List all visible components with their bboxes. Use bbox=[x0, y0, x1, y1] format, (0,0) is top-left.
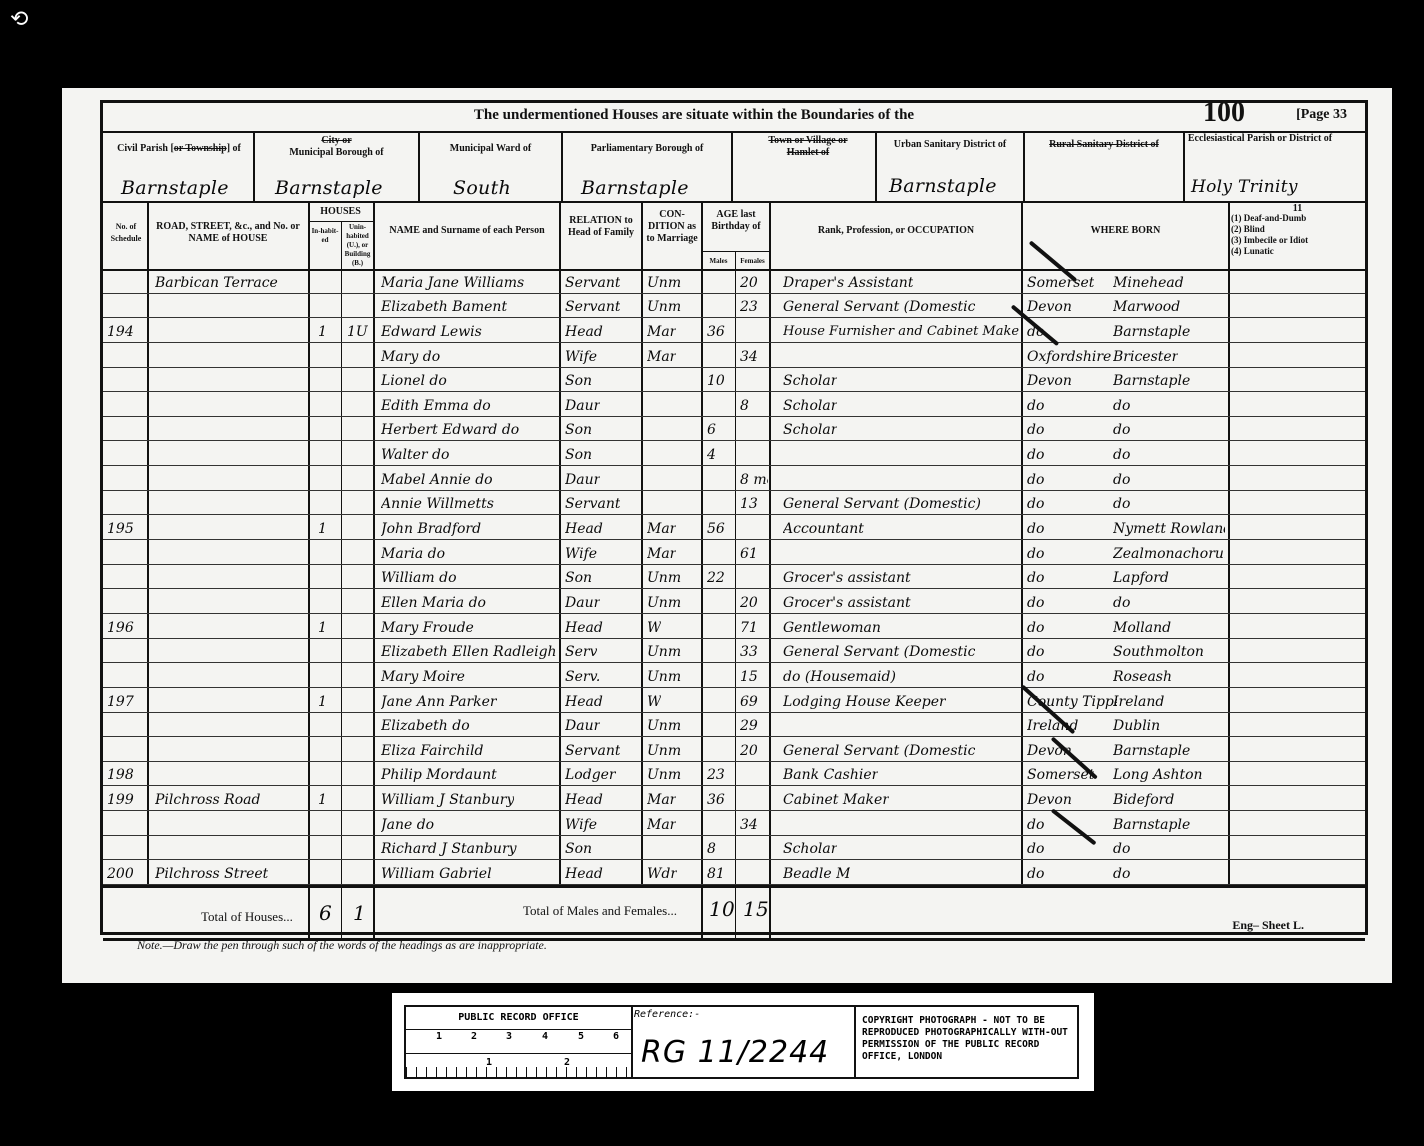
civil-parish-value: Barnstaple bbox=[121, 177, 229, 199]
cell-relation: Lodger bbox=[565, 767, 616, 783]
cell-born-place: do bbox=[1113, 496, 1130, 512]
scale-number: 3 bbox=[506, 1031, 512, 1042]
cell-occupation: Accountant bbox=[783, 521, 864, 537]
cell-born-county: do bbox=[1027, 398, 1044, 414]
cell-relation: Head bbox=[565, 620, 603, 636]
table-row: Mary doWifeMar34OxfordshireBricester bbox=[103, 343, 1365, 368]
cell-name: Mary Moire bbox=[381, 669, 465, 685]
census-page: The undermentioned Houses are situate wi… bbox=[62, 88, 1392, 983]
cell-name: Ellen Maria do bbox=[381, 595, 486, 611]
record-office-label: PUBLIC RECORD OFFICE 1 2 3 4 5 6 1 2 Ref… bbox=[392, 993, 1094, 1091]
cell-condition: Unm bbox=[647, 669, 681, 685]
table-row: William doSonUnm22Grocer's assistantdoLa… bbox=[103, 565, 1365, 590]
cell-age-female: 33 bbox=[740, 644, 758, 660]
cell-schedule: 196 bbox=[107, 620, 134, 636]
ecclesiastical-label: Ecclesiastical Parish or District of bbox=[1185, 133, 1335, 145]
col-infirmity: (1) Deaf-and-Dumb (2) Blind (3) Imbecile… bbox=[1231, 213, 1365, 257]
cell-relation: Servant bbox=[565, 743, 620, 759]
cell-age-male: 8 bbox=[707, 841, 716, 857]
cell-born-place: Bricester bbox=[1113, 349, 1178, 365]
cell-name: Elizabeth do bbox=[381, 718, 470, 734]
cell-occupation: General Servant (Domestic bbox=[783, 644, 975, 660]
col-relation: RELATION to Head of Family bbox=[561, 215, 641, 239]
cell-born-county: do bbox=[1027, 496, 1044, 512]
cell-age-male: 81 bbox=[707, 866, 725, 882]
cell-schedule: 195 bbox=[107, 521, 134, 537]
col-condition: CON-DITION as to Marriage bbox=[643, 209, 701, 245]
cell-born-county: do bbox=[1027, 866, 1044, 882]
cell-born-place: do bbox=[1113, 422, 1130, 438]
cell-born-place: do bbox=[1113, 841, 1130, 857]
cell-inhabited: 1 bbox=[318, 521, 327, 537]
cell-born-place: Southmolton bbox=[1113, 644, 1204, 660]
cell-age-female: 8 bbox=[740, 398, 749, 414]
cell-born-county: Devon bbox=[1027, 299, 1072, 315]
folio-number: 100 bbox=[1203, 97, 1245, 129]
cell-name: Herbert Edward do bbox=[381, 422, 519, 438]
sheet-label: Eng– Sheet L. bbox=[1232, 918, 1304, 933]
col-where-born: WHERE BORN bbox=[1023, 225, 1228, 237]
cell-born-place: Roseash bbox=[1113, 669, 1172, 685]
table-row: 200Pilchross StreetWilliam GabrielHeadWd… bbox=[103, 860, 1365, 885]
cell-relation: Son bbox=[565, 373, 592, 389]
cell-born-place: do bbox=[1113, 472, 1130, 488]
cell-occupation: Grocer's assistant bbox=[783, 595, 911, 611]
cell-born-county: Oxfordshire bbox=[1027, 349, 1111, 365]
municipal-borough-label: City orMunicipal Borough of bbox=[255, 135, 418, 159]
col-name: NAME and Surname of each Person bbox=[375, 225, 559, 237]
cell-schedule: 194 bbox=[107, 324, 134, 340]
cell-born-place: Dublin bbox=[1113, 718, 1160, 734]
cell-born-county: do bbox=[1027, 472, 1044, 488]
municipal-ward-value: South bbox=[453, 177, 511, 199]
cell-relation: Servant bbox=[565, 275, 620, 291]
cell-schedule: 200 bbox=[107, 866, 134, 882]
scale-number: 5 bbox=[578, 1031, 584, 1042]
table-row: Annie WillmettsServant13General Servant … bbox=[103, 491, 1365, 516]
cell-schedule: 198 bbox=[107, 767, 134, 783]
cell-condition: Unm bbox=[647, 644, 681, 660]
reference-label: Reference:- bbox=[634, 1009, 700, 1020]
cell-born-place: Ireland bbox=[1113, 694, 1164, 710]
scale-number: 6 bbox=[613, 1031, 619, 1042]
municipal-borough-value: Barnstaple bbox=[275, 177, 383, 199]
cell-born-county: Devon bbox=[1027, 792, 1072, 808]
cell-occupation: House Furnisher and Cabinet Maker bbox=[783, 324, 1019, 339]
parliamentary-borough-label: Parliamentary Borough of bbox=[563, 143, 731, 155]
cell-relation: Daur bbox=[565, 472, 600, 488]
cell-condition: W bbox=[647, 620, 661, 636]
urban-sanitary-value: Barnstaple bbox=[889, 175, 997, 197]
cell-born-place: Barnstaple bbox=[1113, 324, 1190, 340]
cell-relation: Head bbox=[565, 792, 603, 808]
census-rows: Barbican TerraceMaria Jane WilliamsServa… bbox=[103, 269, 1365, 885]
page-label: [Page 33 bbox=[1296, 107, 1347, 123]
cell-occupation: Gentlewoman bbox=[783, 620, 881, 636]
cell-name: Annie Willmetts bbox=[381, 496, 494, 512]
rural-sanitary-label: Rural Sanitary District of bbox=[1025, 139, 1183, 151]
table-row: 19411UEdward LewisHeadMar36House Furnish… bbox=[103, 318, 1365, 343]
cell-born-county: Devon bbox=[1027, 373, 1072, 389]
cell-road: Barbican Terrace bbox=[155, 275, 278, 291]
cell-born-county: do bbox=[1027, 422, 1044, 438]
cell-condition: Mar bbox=[647, 521, 676, 537]
cell-road: Pilchross Street bbox=[155, 866, 268, 882]
cell-age-female: 20 bbox=[740, 595, 758, 611]
col-houses: HOUSES bbox=[308, 206, 373, 218]
cell-born-county: do bbox=[1027, 595, 1044, 611]
cell-inhabited: 1 bbox=[318, 620, 327, 636]
cell-born-county: do bbox=[1027, 620, 1044, 636]
cell-age-female: 61 bbox=[740, 546, 758, 562]
cell-relation: Serv bbox=[565, 644, 597, 660]
cell-road: Pilchross Road bbox=[155, 792, 260, 808]
cell-born-place: Barnstaple bbox=[1113, 373, 1190, 389]
cell-occupation: General Servant (Domestic) bbox=[783, 496, 981, 512]
scale-number: 1 bbox=[436, 1031, 442, 1042]
cell-relation: Daur bbox=[565, 718, 600, 734]
table-row: Eliza FairchildServantUnm20General Serva… bbox=[103, 737, 1365, 762]
cell-age-male: 56 bbox=[707, 521, 725, 537]
cell-condition: Unm bbox=[647, 743, 681, 759]
cell-relation: Daur bbox=[565, 398, 600, 414]
cell-born-place: do bbox=[1113, 866, 1130, 882]
cell-condition: Unm bbox=[647, 570, 681, 586]
cell-occupation: General Servant (Domestic bbox=[783, 743, 975, 759]
cell-condition: Unm bbox=[647, 275, 681, 291]
table-row: Elizabeth Ellen RadleighServUnm33General… bbox=[103, 639, 1365, 664]
cell-name: Mary do bbox=[381, 349, 440, 365]
cell-relation: Head bbox=[565, 521, 603, 537]
cell-relation: Servant bbox=[565, 496, 620, 512]
total-uninhabited: 1 bbox=[353, 901, 366, 925]
footnote: Note.—Draw the pen through such of the w… bbox=[137, 938, 547, 953]
table-row: Elizabeth doDaurUnm29IrelandDublin bbox=[103, 713, 1365, 738]
cell-age-male: 6 bbox=[707, 422, 716, 438]
table-row: Jane doWifeMar34doBarnstaple bbox=[103, 811, 1365, 836]
col-age: AGE last Birthday of bbox=[703, 209, 769, 233]
cell-name: Maria do bbox=[381, 546, 445, 562]
cell-age-female: 34 bbox=[740, 817, 758, 833]
cell-name: Elizabeth Ellen Radleigh bbox=[381, 644, 557, 660]
cell-name: Richard J Stanbury bbox=[381, 841, 517, 857]
cell-condition: Unm bbox=[647, 718, 681, 734]
cell-name: Philip Mordaunt bbox=[381, 767, 497, 783]
record-office-title: PUBLIC RECORD OFFICE bbox=[406, 1007, 633, 1030]
cell-name: Maria Jane Williams bbox=[381, 275, 524, 291]
cell-condition: Mar bbox=[647, 817, 676, 833]
cell-born-county: do bbox=[1027, 521, 1044, 537]
cell-occupation: Scholar bbox=[783, 841, 837, 857]
cell-name: Elizabeth Bament bbox=[381, 299, 507, 315]
cell-name: Mabel Annie do bbox=[381, 472, 493, 488]
cell-age-male: 36 bbox=[707, 792, 725, 808]
cell-relation: Son bbox=[565, 422, 592, 438]
cell-name: Mary Froude bbox=[381, 620, 474, 636]
cell-born-place: do bbox=[1113, 447, 1130, 463]
cell-condition: Mar bbox=[647, 324, 676, 340]
cell-occupation: Scholar bbox=[783, 398, 837, 414]
cell-born-place: Long Ashton bbox=[1113, 767, 1203, 783]
cell-uninhabited: 1U bbox=[347, 324, 368, 340]
cell-condition: Mar bbox=[647, 546, 676, 562]
cell-relation: Wife bbox=[565, 546, 597, 562]
table-row: Ellen Maria doDaurUnm20Grocer's assistan… bbox=[103, 589, 1365, 614]
cell-age-female: 20 bbox=[740, 275, 758, 291]
table-row: 1971Jane Ann ParkerHeadW69Lodging House … bbox=[103, 688, 1365, 713]
cell-occupation: Lodging House Keeper bbox=[783, 694, 946, 710]
cell-born-county: do bbox=[1027, 841, 1044, 857]
cell-relation: Servant bbox=[565, 299, 620, 315]
cell-occupation: Cabinet Maker bbox=[783, 792, 889, 808]
cell-relation: Head bbox=[565, 694, 603, 710]
table-row: 1961Mary FroudeHeadW71GentlewomandoMolla… bbox=[103, 614, 1365, 639]
cell-schedule: 197 bbox=[107, 694, 134, 710]
cell-relation: Head bbox=[565, 324, 603, 340]
cell-condition: Mar bbox=[647, 349, 676, 365]
total-houses-label: Total of Houses... bbox=[201, 909, 293, 925]
cell-born-place: Marwood bbox=[1113, 299, 1180, 315]
table-row: Edith Emma doDaur8Scholardodo bbox=[103, 392, 1365, 417]
cell-name: Jane Ann Parker bbox=[381, 694, 497, 710]
cell-name: John Bradford bbox=[381, 521, 481, 537]
cell-name: Edward Lewis bbox=[381, 324, 482, 340]
cell-born-county: do bbox=[1027, 447, 1044, 463]
cell-occupation: Bank Cashier bbox=[783, 767, 878, 783]
page-title: The undermentioned Houses are situate wi… bbox=[103, 107, 1365, 124]
cell-born-place: Minehead bbox=[1113, 275, 1184, 291]
cell-condition: Unm bbox=[647, 595, 681, 611]
col-occupation: Rank, Profession, or OCCUPATION bbox=[771, 225, 1021, 237]
cell-occupation: General Servant (Domestic bbox=[783, 299, 975, 315]
ruler-scale: 1 2 3 4 5 6 1 2 bbox=[406, 1029, 633, 1077]
cell-born-place: do bbox=[1113, 398, 1130, 414]
cell-born-county: do bbox=[1027, 546, 1044, 562]
cell-age-female: 13 bbox=[740, 496, 758, 512]
cell-occupation: Scholar bbox=[783, 373, 837, 389]
cell-relation: Serv. bbox=[565, 669, 600, 685]
cell-occupation: do (Housemaid) bbox=[783, 669, 896, 685]
cell-condition: Unm bbox=[647, 299, 681, 315]
table-row: 198Philip MordauntLodgerUnm23Bank Cashie… bbox=[103, 762, 1365, 787]
total-inhabited: 6 bbox=[319, 901, 332, 925]
cell-relation: Son bbox=[565, 841, 592, 857]
scale-number: 4 bbox=[542, 1031, 548, 1042]
cell-relation: Son bbox=[565, 570, 592, 586]
cell-condition: Wdr bbox=[647, 866, 677, 882]
cell-born-county: Somerset bbox=[1027, 275, 1094, 291]
cell-inhabited: 1 bbox=[318, 792, 327, 808]
cell-relation: Head bbox=[565, 866, 603, 882]
table-row: Mary MoireServ.Unm15do (Housemaid)doRose… bbox=[103, 663, 1365, 688]
cell-born-place: Barnstaple bbox=[1113, 743, 1190, 759]
cell-inhabited: 1 bbox=[318, 694, 327, 710]
cell-condition: Unm bbox=[647, 767, 681, 783]
table-row: Richard J StanburySon8Scholardodo bbox=[103, 836, 1365, 861]
cell-age-male: 22 bbox=[707, 570, 725, 586]
civil-parish-label: Civil Parish [or Township] of bbox=[105, 143, 253, 155]
cell-age-female: 15 bbox=[740, 669, 758, 685]
municipal-ward-label: Municipal Ward of bbox=[420, 143, 561, 155]
cell-born-place: Barnstaple bbox=[1113, 817, 1190, 833]
cell-name: Eliza Fairchild bbox=[381, 743, 483, 759]
cell-name: Lionel do bbox=[381, 373, 447, 389]
table-row: Barbican TerraceMaria Jane WilliamsServa… bbox=[103, 269, 1365, 294]
copyright-notice: COPYRIGHT PHOTOGRAPH - NOT TO BE REPRODU… bbox=[854, 1007, 1077, 1077]
census-frame: The undermentioned Houses are situate wi… bbox=[100, 100, 1368, 935]
cell-name: William Gabriel bbox=[381, 866, 492, 882]
table-row: 199Pilchross Road1William J StanburyHead… bbox=[103, 786, 1365, 811]
cell-born-county: do bbox=[1027, 644, 1044, 660]
cell-born-place: Nymett Rowland bbox=[1113, 521, 1225, 537]
cell-name: William J Stanbury bbox=[381, 792, 514, 808]
urban-sanitary-label: Urban Sanitary District of bbox=[877, 139, 1023, 151]
col-females: Females bbox=[736, 255, 769, 267]
cell-born-place: Molland bbox=[1113, 620, 1171, 636]
cell-born-place: Bideford bbox=[1113, 792, 1174, 808]
cell-name: Jane do bbox=[381, 817, 434, 833]
col-road: ROAD, STREET, &c., and No. or NAME of HO… bbox=[149, 221, 307, 245]
cell-age-female: 23 bbox=[740, 299, 758, 315]
cell-occupation: Draper's Assistant bbox=[783, 275, 913, 291]
table-row: Elizabeth BamentServantUnm23General Serv… bbox=[103, 294, 1365, 319]
cell-schedule: 199 bbox=[107, 792, 134, 808]
cell-relation: Son bbox=[565, 447, 592, 463]
table-row: 1951John BradfordHeadMar56AccountantdoNy… bbox=[103, 515, 1365, 540]
cell-relation: Wife bbox=[565, 349, 597, 365]
cell-age-male: 23 bbox=[707, 767, 725, 783]
cell-name: Walter do bbox=[381, 447, 449, 463]
cell-age-female: 71 bbox=[740, 620, 758, 636]
parliamentary-borough-value: Barnstaple bbox=[581, 177, 689, 199]
col-schedule: No. of Schedule bbox=[105, 221, 147, 245]
cell-born-place: Zealmonachorum bbox=[1113, 546, 1225, 562]
cell-inhabited: 1 bbox=[318, 324, 327, 340]
cell-age-female: 20 bbox=[740, 743, 758, 759]
total-males: 10 bbox=[709, 897, 735, 921]
cell-born-county: do bbox=[1027, 817, 1044, 833]
table-row: Lionel doSon10ScholarDevonBarnstaple bbox=[103, 368, 1365, 393]
scale-number: 2 bbox=[471, 1031, 477, 1042]
table-row: Mabel Annie doDaur8 mosdodo bbox=[103, 466, 1365, 491]
table-row: Walter doSon4dodo bbox=[103, 441, 1365, 466]
cell-age-male: 36 bbox=[707, 324, 725, 340]
cell-age-female: 8 mos bbox=[740, 472, 768, 488]
reference-value: RG 11/2244 bbox=[641, 1035, 829, 1070]
cell-born-place: Lapford bbox=[1113, 570, 1169, 586]
cell-name: William do bbox=[381, 570, 457, 586]
cell-name: Edith Emma do bbox=[381, 398, 491, 414]
corner-mark-icon: ⟲ bbox=[10, 8, 28, 30]
col-inhabited: In-habit-ed bbox=[310, 227, 340, 245]
cell-born-county: do bbox=[1027, 669, 1044, 685]
cell-age-male: 10 bbox=[707, 373, 725, 389]
table-row: Herbert Edward doSon6Scholardodo bbox=[103, 417, 1365, 442]
cell-age-male: 4 bbox=[707, 447, 716, 463]
cell-condition: W bbox=[647, 694, 661, 710]
cell-born-county: do bbox=[1027, 570, 1044, 586]
cell-occupation: Scholar bbox=[783, 422, 837, 438]
cell-occupation: Beadle M bbox=[783, 866, 850, 882]
cell-age-female: 69 bbox=[740, 694, 758, 710]
total-persons-label: Total of Males and Females... bbox=[523, 903, 677, 919]
cell-born-place: do bbox=[1113, 595, 1130, 611]
cell-relation: Wife bbox=[565, 817, 597, 833]
ecclesiastical-value: Holy Trinity bbox=[1191, 177, 1298, 197]
table-row: Maria doWifeMar61doZealmonachorum bbox=[103, 540, 1365, 565]
cell-condition: Mar bbox=[647, 792, 676, 808]
total-females: 15 bbox=[743, 897, 769, 921]
cell-age-female: 34 bbox=[740, 349, 758, 365]
town-village-label: Town or Village or Hamlet of bbox=[763, 135, 853, 159]
col-uninhabited: Unin-habited (U.), or Building (B.) bbox=[342, 223, 373, 268]
cell-age-female: 29 bbox=[740, 718, 758, 734]
cell-relation: Daur bbox=[565, 595, 600, 611]
col-males: Males bbox=[702, 255, 735, 267]
cell-occupation: Grocer's assistant bbox=[783, 570, 911, 586]
